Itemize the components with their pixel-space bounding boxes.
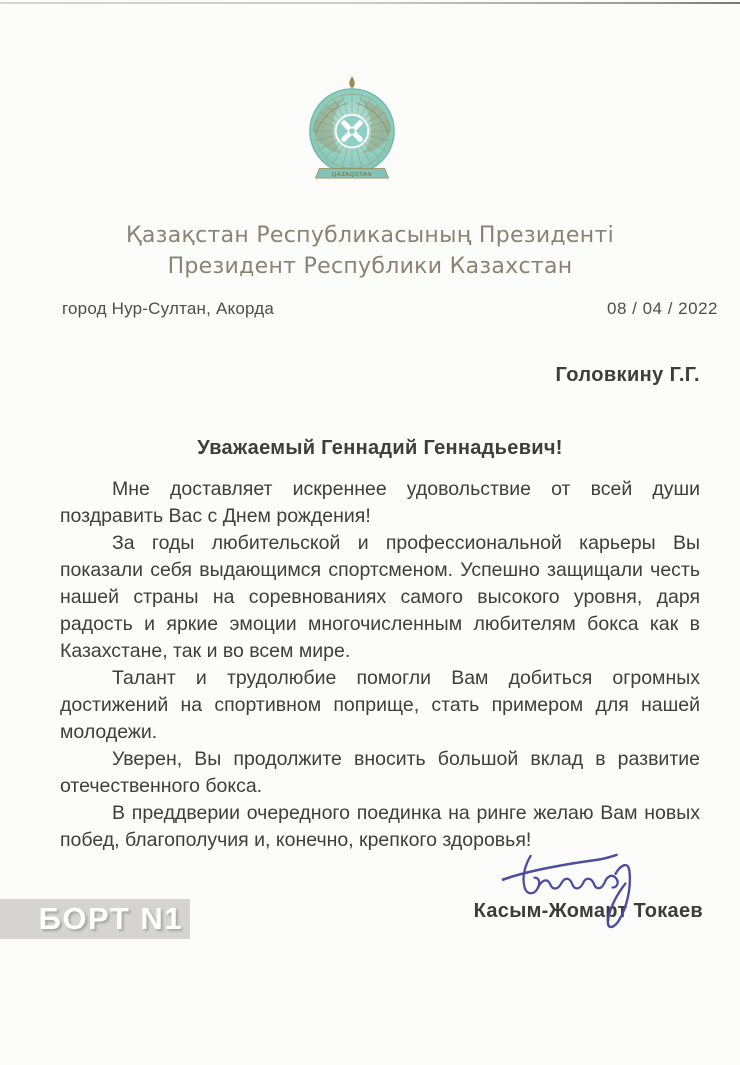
letterhead-title-russian: Президент Республики Казахстан xyxy=(0,251,740,282)
signature-ink xyxy=(498,844,656,938)
signer-name: Касым-Жомарт Токаев xyxy=(474,900,703,923)
watermark-text: БОРТ N1 xyxy=(39,901,183,937)
scan-top-edge xyxy=(0,2,740,4)
body-paragraph: Талант и трудолюбие помогли Вам добиться… xyxy=(60,665,700,746)
watermark-badge: БОРТ N1 xyxy=(0,899,190,939)
letterhead: Қазақстан Республикасының Президенті Пре… xyxy=(0,220,740,282)
body-paragraph: Уверен, Вы продолжите вносить большой вк… xyxy=(60,746,700,800)
body-paragraph: Мне доставляет искреннее удовольствие от… xyxy=(60,476,700,530)
emblem-caption: QAZAQSTAN xyxy=(332,172,372,178)
addressee: Головкину Г.Г. xyxy=(556,364,700,387)
salutation: Уважаемый Геннадий Геннадьевич! xyxy=(60,437,700,460)
place-line: город Нур-Султан, Акорда xyxy=(62,299,274,319)
date-line: 08 / 04 / 2022 xyxy=(607,299,718,319)
body-paragraph: За годы любительской и профессиональной … xyxy=(60,530,700,665)
letter-page: QAZAQSTAN Қазақстан Республикасының През… xyxy=(0,0,740,1065)
letter-body: Мне доставляет искреннее удовольствие от… xyxy=(60,476,700,854)
body-paragraph: В преддверии очередного поединка на ринг… xyxy=(60,800,700,854)
state-emblem-icon: QAZAQSTAN xyxy=(304,74,400,192)
letterhead-title-kazakh: Қазақстан Республикасының Президенті xyxy=(0,220,740,251)
